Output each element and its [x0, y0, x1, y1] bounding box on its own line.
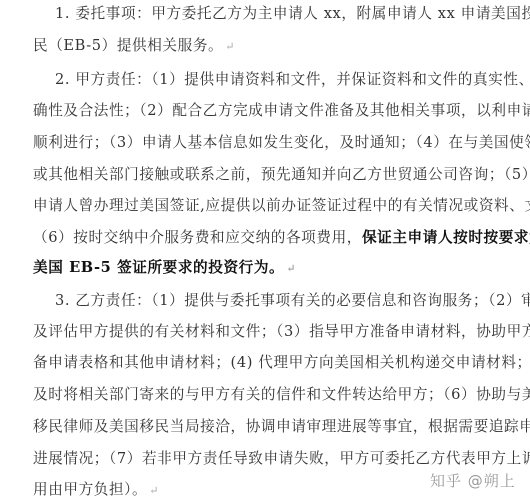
text: 用由甲方负担）。 — [33, 481, 147, 498]
section-3-line-7: 用由甲方负担）。↵ — [33, 480, 159, 500]
bold-text: 美国 EB-5 签证所要求的投资行为。 — [33, 259, 284, 276]
section-2-line-3: 顺利进行；（3）申请人基本信息如发生变化，及时通知；（4）在与美国使领馆 — [33, 133, 530, 153]
watermark: 知乎 @朔上 — [430, 470, 516, 491]
text: 1. 委托事项：甲方委托乙方为主申请人 xx，附属申请人 xx 申请美国投资移 — [55, 5, 530, 22]
section-1-line-1: 1. 委托事项：甲方委托乙方为主申请人 xx，附属申请人 xx 申请美国投资移 — [55, 4, 530, 24]
section-1-line-2: 民（EB-5）提供相关服务。↵ — [33, 36, 235, 57]
text: 民（EB-5）提供相关服务。 — [33, 37, 223, 54]
section-2-line-5: 申请人曾办理过美国签证,应提供以前办证签证过程中的有关情况或资料、文件； — [33, 196, 530, 216]
section-2-line-7: 美国 EB-5 签证所要求的投资行为。↵ — [33, 258, 296, 279]
text: 3. 乙方责任：（1）提供与委托事项有关的必要信息和咨询服务；（2）审核 — [55, 292, 530, 309]
section-3-line-2: 及评估甲方提供的有关材料和文件；（3）指导甲方准备申请材料，协助甲方准 — [33, 322, 530, 342]
section-3-line-1: 3. 乙方责任：（1）提供与委托事项有关的必要信息和咨询服务；（2）审核 — [55, 291, 530, 311]
section-2-line-4: 或其他相关部门接触或联系之前，预先通知并向乙方世贸通公司咨询；（5）如 — [33, 165, 530, 185]
text: 备申请表格和其他申请材料；(4) 代理甲方向美国相关机构递交申请材料；(5) — [33, 354, 530, 371]
text: 及评估甲方提供的有关材料和文件；（3）指导甲方准备申请材料，协助甲方准 — [33, 323, 530, 340]
section-3-line-5: 移民律师及美国移民当局接洽，协调申请审理进展等事宜，根据需要追踪申请的 — [33, 417, 530, 437]
section-2-line-6: （6）按时交纳中介服务费和应交纳的各项费用，保证主申请人按时按要求完成 — [33, 228, 530, 248]
text: 申请人曾办理过美国签证,应提供以前办证签证过程中的有关情况或资料、文件； — [33, 197, 530, 214]
section-3-line-6: 进展情况；（7）若非甲方责任导致申请失败，甲方可委托乙方代表甲方上诉（费 — [33, 449, 530, 469]
paragraph-mark-icon: ↵ — [225, 40, 235, 53]
text: 及时将相关部门寄来的与甲方有关的信件和文件转达给甲方；（6）协助与美国 — [33, 386, 530, 403]
text: 进展情况；（7）若非甲方责任导致申请失败，甲方可委托乙方代表甲方上诉（费 — [33, 450, 530, 467]
paragraph-mark-icon: ↵ — [286, 262, 296, 275]
paragraph-mark-icon: ↵ — [149, 484, 159, 497]
bold-text: 保证主申请人按时按要求完成 — [362, 229, 530, 246]
text: 移民律师及美国移民当局接洽，协调申请审理进展等事宜，根据需要追踪申请的 — [33, 418, 530, 435]
text: 或其他相关部门接触或联系之前，预先通知并向乙方世贸通公司咨询；（5）如 — [33, 166, 530, 183]
text: （6）按时交纳中介服务费和应交纳的各项费用， — [33, 229, 362, 246]
section-2-line-1: 2. 甲方责任：（1）提供申请资料和文件，并保证资料和文件的真实性、准 — [55, 70, 530, 90]
section-3-line-4: 及时将相关部门寄来的与甲方有关的信件和文件转达给甲方；（6）协助与美国 — [33, 385, 530, 405]
text: 确性及合法性；（2）配合乙方完成申请文件准备及其他相关事项，以利申请的 — [33, 102, 530, 119]
section-2-line-2: 确性及合法性；（2）配合乙方完成申请文件准备及其他相关事项，以利申请的 — [33, 101, 530, 121]
document-page: 1. 委托事项：甲方委托乙方为主申请人 xx，附属申请人 xx 申请美国投资移 … — [0, 0, 530, 500]
text: 2. 甲方责任：（1）提供申请资料和文件，并保证资料和文件的真实性、准 — [55, 71, 530, 88]
text: 顺利进行；（3）申请人基本信息如发生变化，及时通知；（4）在与美国使领馆 — [33, 134, 530, 151]
section-3-line-3: 备申请表格和其他申请材料；(4) 代理甲方向美国相关机构递交申请材料；(5) — [33, 353, 530, 373]
